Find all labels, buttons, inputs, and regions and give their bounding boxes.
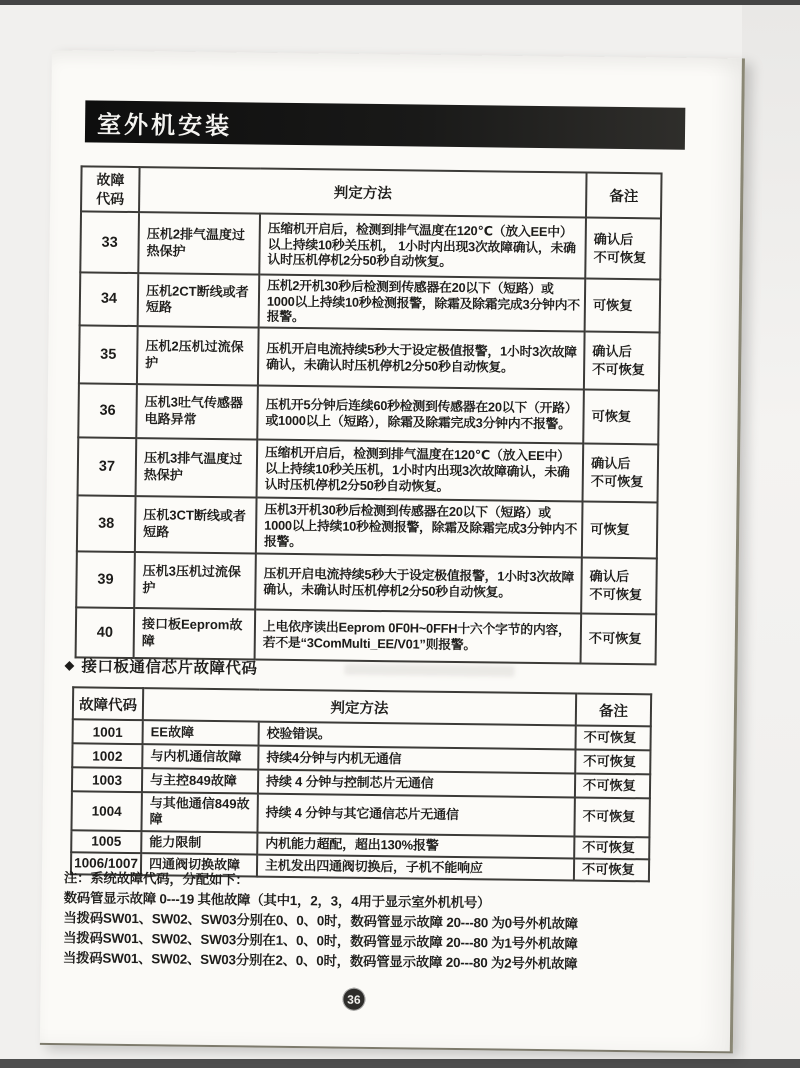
remark-cell: 不可恢复 <box>575 725 650 750</box>
fault-name-cell: 压机2排气温度过热保护 <box>138 212 260 274</box>
scan-bottom-strip <box>0 1059 800 1068</box>
fault-code-cell: 1005 <box>71 830 141 853</box>
remark-cell: 可恢复 <box>585 279 661 333</box>
diamond-bullet-icon: ◆ <box>64 657 74 673</box>
table-row: 39 压机3压机过流保护 压机开启电流持续5秒大于设定极值报警，1小时3次故障确… <box>76 551 657 614</box>
page-title: 室外机安装 <box>85 104 232 141</box>
header-method: 判定方法 <box>139 167 587 217</box>
fault-name-cell: 压机3吐气传感器电路异常 <box>136 384 258 439</box>
page-number-badge: 36 <box>342 988 365 1011</box>
table-row: 36 压机3吐气传感器电路异常 压机开5分钟后连续60秒检测到传感器在20以下（… <box>78 383 659 444</box>
fault-code-cell: 1002 <box>72 743 142 768</box>
table-row: 33 压机2排气温度过热保护 压缩机开启后，检测到排气温度在120℃（放入EE中… <box>80 211 661 279</box>
table-row: 35 压机2压机过流保护 压机开启电流持续5秒大于设定极值报警，1小时3次故障确… <box>79 325 660 390</box>
remark-cell: 确认后 不可恢复 <box>581 557 657 614</box>
method-cell: 压机开启电流持续5秒大于设定极值报警，1小时3次故障确认，未确认时压机停机2分5… <box>258 327 585 389</box>
scan-top-strip <box>0 0 800 5</box>
fault-code-cell: 38 <box>77 495 136 552</box>
fault-code-cell: 36 <box>78 383 137 438</box>
fault-code-cell: 34 <box>80 272 139 326</box>
fault-name-cell: 压机3排气温度过热保护 <box>136 438 258 497</box>
fault-name-cell: 压机3压机过流保护 <box>134 552 256 609</box>
header-fault-code: 故障 代码 <box>81 166 140 212</box>
fault-name-cell: 压机2CT断线或者短路 <box>138 273 260 327</box>
table-header-row: 故障 代码 判定方法 备注 <box>81 166 662 218</box>
fault-name-cell: EE故障 <box>143 720 259 745</box>
bleedthrough-smudge <box>344 664 514 677</box>
fault-code-cell: 33 <box>80 211 139 273</box>
remark-cell: 不可恢复 <box>574 797 649 836</box>
header-fault-code: 故障代码 <box>73 687 143 720</box>
fault-name-cell: 压机2压机过流保护 <box>137 326 259 385</box>
fault-name-cell: 能力限制 <box>141 831 257 855</box>
fault-code-cell: 39 <box>76 551 135 608</box>
table-row: 34 压机2CT断线或者短路 压机2开机30秒后检测到传感器在20以下（短路）或… <box>80 272 661 332</box>
method-cell: 持续 4 分钟与其它通信芯片无通信 <box>257 794 574 836</box>
fault-code-cell: 1003 <box>72 767 142 792</box>
chip-section-heading: ◆ 接口板通信芯片故障代码 <box>64 654 257 678</box>
remark-cell: 不可恢复 <box>575 749 650 774</box>
fault-code-cell: 37 <box>78 437 137 496</box>
fault-code-cell: 1001 <box>73 719 143 744</box>
table-row: 38 压机3CT断线或者短路 压机3开机30秒后检测到传感器在20以下（短路）或… <box>77 495 658 558</box>
method-cell: 压机2开机30秒后检测到传感器在20以下（短路）或1000以上持续10秒检测报警… <box>259 275 586 332</box>
chip-section-title: 接口板通信芯片故障代码 <box>81 654 257 678</box>
fault-name-cell: 与其他通信849故障 <box>141 792 257 832</box>
fault-name-cell: 接口板Eeprom故障 <box>134 608 256 659</box>
fault-code-cell: 40 <box>76 607 135 658</box>
fault-name-cell: 与内机通信故障 <box>142 744 258 769</box>
remark-cell: 确认后 不可恢复 <box>585 218 661 280</box>
fault-code-cell: 1004 <box>71 791 141 830</box>
remark-cell: 可恢复 <box>582 501 658 558</box>
method-cell: 压缩机开启后，检测到排气温度在120℃（放入EE中）以上持续10秒关压机， 1小… <box>259 214 586 279</box>
method-cell: 压机开5分钟后连续60秒检测到传感器在20以下（开路）或1000以上（短路），除… <box>257 385 584 443</box>
header-remark: 备注 <box>576 693 651 726</box>
remark-cell: 可恢复 <box>583 389 659 444</box>
remark-cell: 不可恢复 <box>581 613 657 664</box>
remark-cell: 不可恢复 <box>574 836 649 859</box>
fault-name-cell: 压机3CT断线或者短路 <box>135 496 257 553</box>
manual-page: 室外机安装 故障 代码 判定方法 备注 33 压机2排气温度过热保护 压缩机开启… <box>40 50 745 1053</box>
remark-cell: 不可恢复 <box>575 773 650 798</box>
header-remark: 备注 <box>586 173 662 219</box>
remark-cell: 确认后 不可恢复 <box>584 331 660 390</box>
table-row: 37 压机3排气温度过热保护 压缩机开启后，检测到排气温度在120℃（放入EE中… <box>78 437 659 502</box>
fault-name-cell: 与主控849故障 <box>142 768 258 793</box>
fault-code-cell: 35 <box>79 325 138 384</box>
fault-code-table: 故障 代码 判定方法 备注 33 压机2排气温度过热保护 压缩机开启后，检测到排… <box>75 165 663 665</box>
method-cell: 压缩机开启后，检测到排气温度在120℃（放入EE中）以上持续10秒关压机，1小时… <box>257 439 584 501</box>
method-cell: 上电依序读出Eeprom 0F0H~0FFH十六个字节的内容，若不是“3ComM… <box>255 609 582 663</box>
section-title-bar: 室外机安装 <box>85 100 685 149</box>
method-cell: 压机3开机30秒后检测到传感器在20以下（短路）或1000以上持续10秒检测报警… <box>256 497 583 557</box>
scan-right-margin <box>742 5 800 1059</box>
chip-fault-code-table: 故障代码 判定方法 备注 1001 EE故障 校验错误。 不可恢复 1002 与… <box>70 686 652 882</box>
method-cell: 压机开启电流持续5秒大于设定极值报警，1小时3次故障确认，未确认时压机停机2分5… <box>255 553 582 613</box>
header-method: 判定方法 <box>143 688 576 725</box>
system-fault-notes: 注：系统故障代码，分配如下： 数码管显示故障 0---19 其他故障（其中1，2… <box>63 868 712 976</box>
remark-cell: 确认后 不可恢复 <box>583 443 659 502</box>
